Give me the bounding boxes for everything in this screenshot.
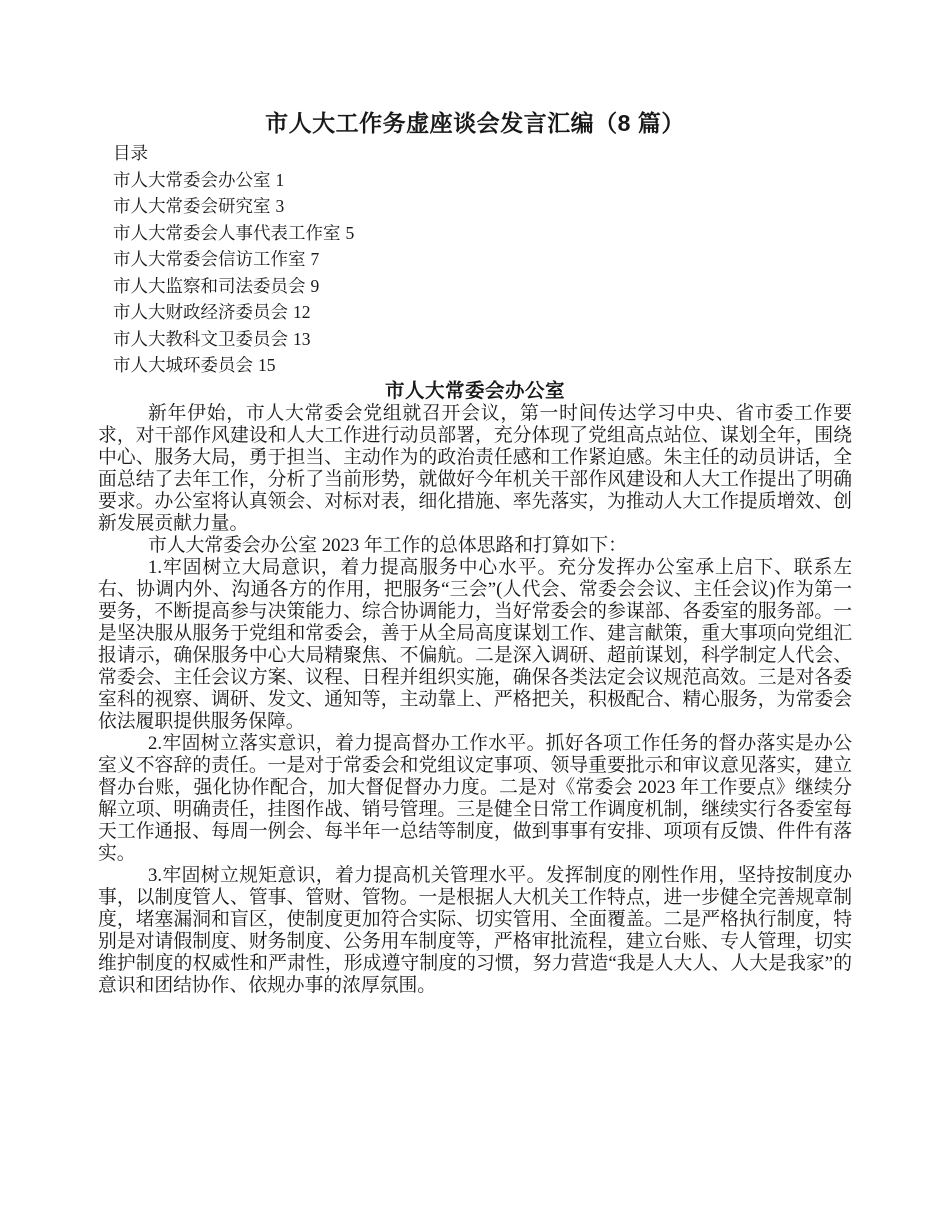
toc-entry-title: 市人大常委会信访工作室: [113, 249, 306, 269]
body-paragraph: 市人大常委会办公室 2023 年工作的总体思路和打算如下：: [98, 535, 852, 557]
toc-entry-page: 15: [258, 355, 276, 375]
body-paragraph: 2.牢固树立落实意识，着力提高督办工作水平。抓好各项工作任务的督办落实是办公室义…: [98, 733, 852, 865]
body-paragraph: 1.牢固树立大局意识，着力提高服务中心水平。充分发挥办公室承上启下、联系左右、协…: [98, 557, 852, 733]
toc-entry: 市人大监察和司法委员会9: [113, 273, 852, 300]
toc-entry-title: 市人大监察和司法委员会: [113, 276, 306, 296]
document-title: 市人大工作务虚座谈会发言汇编（8 篇）: [98, 107, 852, 140]
toc-entry-page: 12: [293, 302, 311, 322]
section-heading: 市人大常委会办公室: [98, 379, 852, 403]
toc-entry: 市人大常委会研究室3: [113, 193, 852, 220]
toc-entry-title: 市人大教科文卫委员会: [113, 329, 288, 349]
toc-entry-title: 市人大常委会办公室: [113, 170, 271, 190]
toc-entry-title: 市人大城环委员会: [113, 355, 253, 375]
body-paragraph: 3.牢固树立规矩意识，着力提高机关管理水平。发挥制度的刚性作用，坚持按制度办事，…: [98, 865, 852, 997]
toc-entry-title: 市人大常委会研究室: [113, 196, 271, 216]
toc-entry-page: 5: [346, 223, 355, 243]
toc-entry: 市人大常委会办公室1: [113, 167, 852, 194]
toc-entry-title: 市人大常委会人事代表工作室: [113, 223, 341, 243]
toc-entry-page: 13: [293, 329, 311, 349]
toc-entry: 市人大常委会信访工作室7: [113, 246, 852, 273]
toc-entry-page: 1: [276, 170, 285, 190]
toc-entry-page: 9: [311, 276, 320, 296]
toc-entry: 市人大城环委员会15: [113, 352, 852, 379]
toc-heading: 目录: [113, 140, 852, 167]
body-paragraph: 新年伊始，市人大常委会党组就召开会议，第一时间传达学习中央、省市委工作要求，对干…: [98, 403, 852, 535]
toc-entry-title: 市人大财政经济委员会: [113, 302, 288, 322]
toc-entry: 市人大财政经济委员会12: [113, 299, 852, 326]
section-body: 新年伊始，市人大常委会党组就召开会议，第一时间传达学习中央、省市委工作要求，对干…: [98, 403, 852, 997]
toc-entry: 市人大常委会人事代表工作室5: [113, 220, 852, 247]
toc-entry: 市人大教科文卫委员会13: [113, 326, 852, 353]
document-page: 市人大工作务虚座谈会发言汇编（8 篇） 目录 市人大常委会办公室1 市人大常委会…: [0, 0, 950, 1230]
toc-entry-page: 3: [276, 196, 285, 216]
toc-entry-page: 7: [311, 249, 320, 269]
document-content: 市人大工作务虚座谈会发言汇编（8 篇） 目录 市人大常委会办公室1 市人大常委会…: [0, 0, 950, 997]
table-of-contents: 目录 市人大常委会办公室1 市人大常委会研究室3 市人大常委会人事代表工作室5 …: [113, 140, 852, 379]
